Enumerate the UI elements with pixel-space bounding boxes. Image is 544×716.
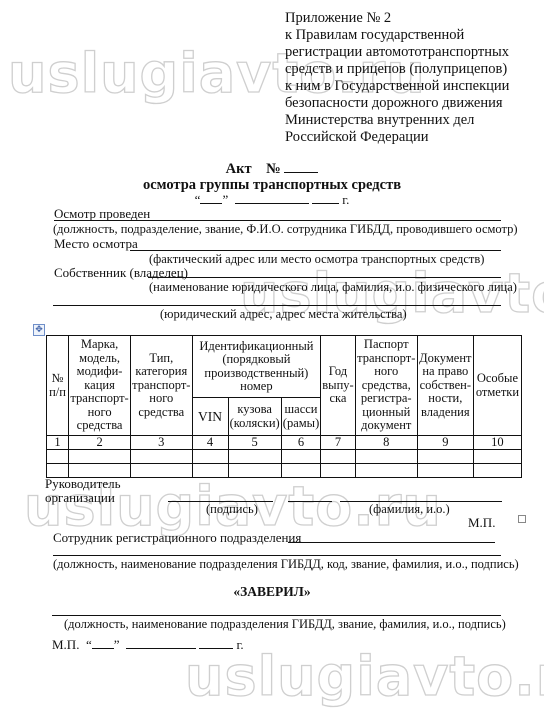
header-type: Тип, категория транспорт-ного средства [131,336,192,436]
inspected-by-field[interactable] [54,220,501,221]
column-number: 5 [228,436,281,450]
table-cell[interactable] [228,450,281,464]
header-ownership: Документ на право собствен-ности, владен… [417,336,473,436]
appendix-line: регистрации автомототранспортных [285,44,509,61]
watermark: uslugiavto.ru [185,645,544,708]
number-sign: № [266,161,281,177]
table-cell[interactable] [355,464,417,478]
column-number: 10 [473,436,521,450]
officer-details-field[interactable] [53,555,501,556]
header-make: Марка, модель, модифи-кация транспорт-но… [69,336,131,436]
certified-month-field[interactable] [126,636,196,649]
table-cell[interactable] [417,464,473,478]
column-number: 9 [417,436,473,450]
resize-handle-icon[interactable] [518,515,526,523]
header-no: № п/п [47,336,69,436]
appendix-line: средств и прицепов (полуприцепов) [285,61,509,78]
table-cell[interactable] [131,464,192,478]
head-signature-field-2[interactable] [288,501,332,502]
header-notes: Особые отметки [473,336,521,436]
stamp-date: М.П. “” г. [52,636,244,653]
officer-hint: (должность, наименование подразделения Г… [53,557,519,572]
place-hint: (фактический адрес или место осмотра тра… [149,252,484,267]
appendix-line: Министерства внутренних дел [285,112,509,129]
table-cell[interactable] [473,450,521,464]
certified-year-field[interactable] [199,636,233,649]
stamp-label: М.П. [468,515,495,531]
table-cell[interactable] [47,450,69,464]
appendix-header: Приложение № 2к Правилам государственной… [285,10,509,146]
appendix-line: Приложение № 2 [285,10,509,27]
act-label: Акт [226,161,252,177]
signature-hint: (подпись) [206,502,258,517]
month-field[interactable] [235,191,309,204]
table-move-handle-icon[interactable]: ✥ [33,324,45,336]
act-title: Акт № [0,160,544,178]
certified-heading: «ЗАВЕРИЛ» [0,584,544,600]
table-cell[interactable] [281,450,320,464]
header-passport: Паспорт транспорт-ного средства, регистр… [355,336,417,436]
table-cell[interactable] [281,464,320,478]
table-cell[interactable] [69,450,131,464]
column-number: 3 [131,436,192,450]
year-field[interactable] [312,191,339,204]
appendix-line: Российской Федерации [285,129,509,146]
officer-field[interactable] [288,542,495,543]
header-chassis: шасси (рамы) [281,398,320,436]
head-label: Руководитель организации [45,477,121,505]
table-cell[interactable] [321,464,355,478]
table-cell[interactable] [192,450,228,464]
vehicles-table: № п/п Марка, модель, модифи-кация трансп… [46,335,522,478]
place-field[interactable] [130,250,501,251]
header-year: Год выпу-ска [321,336,355,436]
certifier-hint: (должность, наименование подразделения Г… [64,617,506,632]
table-cell[interactable] [131,450,192,464]
appendix-line: к Правилам государственной [285,27,509,44]
table-cell[interactable] [321,450,355,464]
officer-label: Сотрудник регистрационного подразделения [53,530,301,546]
owner-field[interactable] [148,277,501,278]
table-cell[interactable] [355,450,417,464]
table-cell[interactable] [228,464,281,478]
appendix-line: к ним в Государственной инспекции [285,78,509,95]
owner-label: Собственник (владелец) [54,265,188,281]
column-number: 7 [321,436,355,450]
address-hint: (юридический адрес, адрес места жительст… [160,307,407,322]
certifier-field[interactable] [52,615,501,616]
column-number: 1 [47,436,69,450]
table-cell[interactable] [192,464,228,478]
appendix-line: безопасности дорожного движения [285,95,509,112]
act-number-field[interactable] [284,160,318,173]
header-id-number: Идентификационный (порядковый производст… [192,336,321,398]
day-field[interactable] [200,191,222,204]
column-number: 2 [69,436,131,450]
table-cell[interactable] [417,450,473,464]
place-label: Место осмотра [54,236,138,252]
header-vin: VIN [192,398,228,436]
column-number: 6 [281,436,320,450]
certified-day-field[interactable] [92,636,114,649]
name-hint: (фамилия, и.о.) [369,502,450,517]
column-number-row: 12345678910 [47,436,522,450]
address-field[interactable] [53,305,501,306]
table-cell[interactable] [473,464,521,478]
column-number: 4 [192,436,228,450]
header-body: кузова (коляски) [228,398,281,436]
owner-hint: (наименование юридического лица, фамилия… [149,280,517,295]
inspected-by-hint: (должность, подразделение, звание, Ф.И.О… [53,222,518,237]
column-number: 8 [355,436,417,450]
table-row [47,450,522,464]
